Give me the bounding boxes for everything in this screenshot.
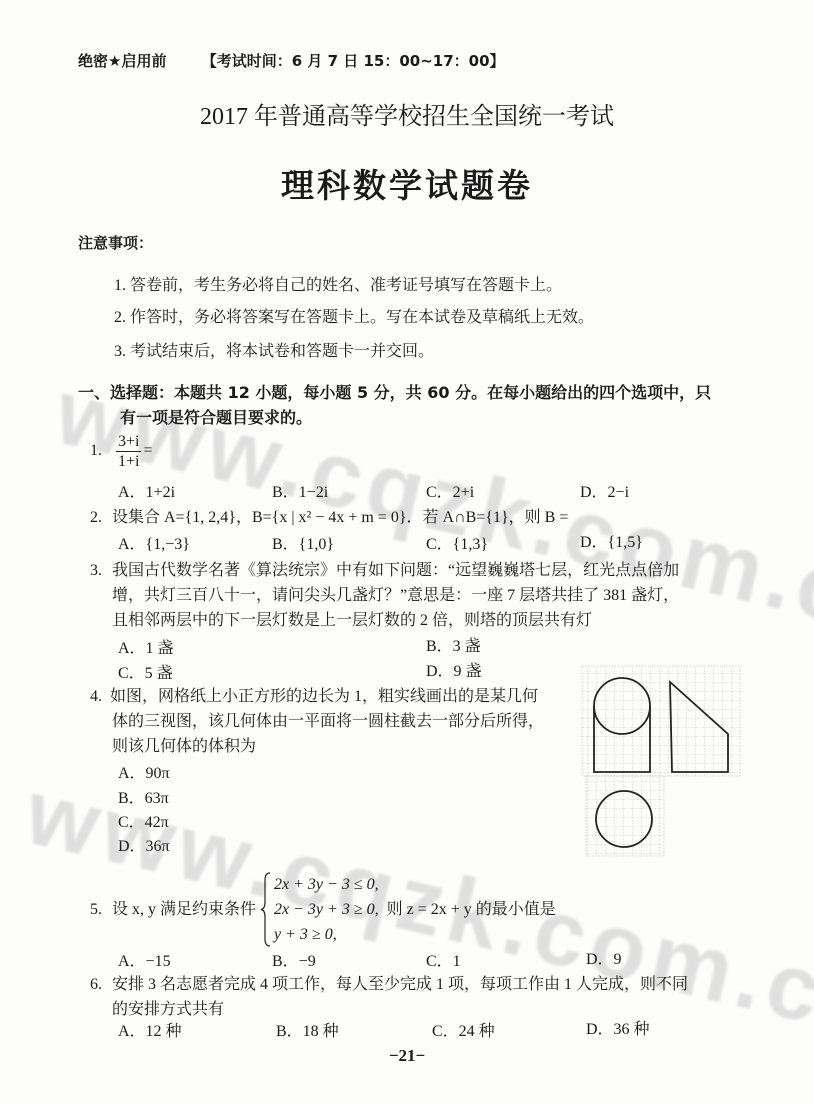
- question-5-constraint-system: 2x + 3y − 3 ≤ 0, 2x − 3y + 3 ≥ 0, y + 3 …: [260, 872, 379, 947]
- q3-option-c: C．5 盏: [118, 660, 173, 683]
- q2-option-b: B．{1,0}: [272, 531, 334, 554]
- q5-option-b: B．−9: [272, 948, 316, 971]
- section-heading-line-1: 一、选择题：本题共 12 小题，每小题 5 分，共 60 分。在每小题给出的四个…: [78, 380, 738, 405]
- q5-option-c: C．1: [426, 948, 461, 971]
- q3-option-b: B．3 盏: [426, 633, 481, 656]
- constraint-3: y + 3 ≥ 0,: [274, 922, 379, 947]
- q4-option-c: C．42π: [118, 809, 169, 832]
- section-heading-line-2: 有一项是符合题目要求的。: [78, 405, 738, 430]
- q4-option-b: B．63π: [118, 785, 169, 808]
- question-1-equals: =: [143, 442, 152, 459]
- header-line: 绝密★启用前 【考试时间：6 月 7 日 15：00~17：00】: [78, 50, 505, 71]
- q1-option-a: A．1+2i: [118, 479, 175, 502]
- q1-option-b: B．1−2i: [272, 479, 328, 502]
- q2-option-c: C．{1,3}: [426, 531, 488, 554]
- left-brace-icon: [260, 872, 272, 947]
- question-2-number: 2.: [90, 509, 102, 526]
- question-2-stem: 设集合 A={1, 2,4}，B={x | x² − 4x + m = 0}．若…: [112, 509, 568, 526]
- q6-option-d: D．36 种: [586, 1016, 650, 1039]
- question-4-line-3: 则该几何体的体积为: [90, 734, 570, 759]
- question-5-stem-pre: 设 x, y 满足约束条件: [112, 901, 256, 918]
- question-5-number: 5.: [90, 901, 102, 918]
- q2-option-d: D．{1,5}: [580, 529, 643, 552]
- q6-option-a: A．12 种: [118, 1018, 182, 1041]
- question-1: 1. 3+i 1+i =: [90, 432, 153, 471]
- question-4: 4. 如图，网格纸上小正方形的边长为 1，粗实线画出的是某几何 体的三视图，该几…: [90, 684, 570, 759]
- question-4-line-1: 如图，网格纸上小正方形的边长为 1，粗实线画出的是某几何: [110, 688, 538, 705]
- question-1-denominator: 1+i: [116, 452, 141, 471]
- confidential-label: 绝密★启用前: [78, 52, 166, 70]
- notice-item-3: 3. 考试结束后，将本试卷和答题卡一并交回。: [114, 338, 434, 361]
- question-3-line-2: 增，共灯三百八十一，请问尖头几盏灯？”意思是：一座 7 层塔共挂了 381 盏灯…: [90, 583, 770, 608]
- q6-option-b: B．18 种: [276, 1018, 339, 1041]
- exam-subtitle: 理科数学试题卷: [0, 160, 814, 207]
- question-4-line-2: 体的三视图，该几何体由一平面将一圆柱截去一部分后所得，: [90, 709, 570, 734]
- question-5-stem-post: 则 z = 2x + y 的最小值是: [387, 901, 556, 918]
- q5-option-d: D．9: [586, 946, 622, 969]
- page-number: −21−: [0, 1046, 814, 1066]
- question-1-numerator: 3+i: [116, 432, 141, 452]
- question-2: 2. 设集合 A={1, 2,4}，B={x | x² − 4x + m = 0…: [90, 505, 568, 530]
- question-3: 3. 我国古代数学名著《算法统宗》中有如下问题：“远望巍巍塔七层，红光点点倍加 …: [90, 558, 770, 633]
- question-3-line-1: 我国古代数学名著《算法统宗》中有如下问题：“远望巍巍塔七层，红光点点倍加: [112, 562, 679, 579]
- question-4-number: 4.: [90, 688, 102, 705]
- q3-option-a: A．1 盏: [118, 635, 174, 658]
- q5-option-a: A．−15: [118, 948, 171, 971]
- three-view-figure: [578, 664, 768, 868]
- section-heading: 一、选择题：本题共 12 小题，每小题 5 分，共 60 分。在每小题给出的四个…: [78, 380, 738, 430]
- q6-option-c: C．24 种: [432, 1018, 495, 1041]
- q4-option-a: A．90π: [118, 760, 170, 783]
- q3-option-d: D．9 盏: [426, 658, 482, 681]
- q1-option-c: C．2+i: [426, 479, 474, 502]
- q4-option-d: D．36π: [118, 833, 170, 856]
- q2-option-a: A．{1,−3}: [118, 531, 190, 554]
- q1-option-d: D．2−i: [580, 479, 629, 502]
- three-view-diagram: [578, 664, 768, 864]
- constraint-1: 2x + 3y − 3 ≤ 0,: [274, 872, 379, 897]
- constraint-2: 2x − 3y + 3 ≥ 0,: [274, 897, 379, 922]
- notice-item-2: 2. 作答时，务必将答案写在答题卡上。写在本试卷及草稿纸上无效。: [114, 304, 594, 327]
- question-6-line-1: 安排 3 名志愿者完成 4 项工作，每人至少完成 1 项，每项工作由 1 人完成…: [112, 976, 688, 993]
- exam-title: 2017 年普通高等学校招生全国统一考试: [0, 96, 814, 131]
- question-3-line-3: 且相邻两层中的下一层灯数是上一层灯数的 2 倍，则塔的顶层共有灯: [90, 608, 770, 633]
- question-1-number: 1.: [90, 442, 102, 459]
- notice-item-1: 1. 答卷前，考生务必将自己的姓名、准考证号填写在答题卡上。: [114, 272, 562, 295]
- question-3-number: 3.: [90, 562, 102, 579]
- question-5: 5. 设 x, y 满足约束条件 2x + 3y − 3 ≤ 0, 2x − 3…: [90, 872, 556, 947]
- question-6-number: 6.: [90, 976, 102, 993]
- question-1-fraction: 3+i 1+i: [116, 432, 141, 471]
- exam-time: 【考试时间：6 月 7 日 15：00~17：00】: [202, 52, 505, 70]
- notice-heading: 注意事项：: [78, 232, 153, 253]
- question-6: 6. 安排 3 名志愿者完成 4 项工作，每人至少完成 1 项，每项工作由 1 …: [90, 972, 780, 1022]
